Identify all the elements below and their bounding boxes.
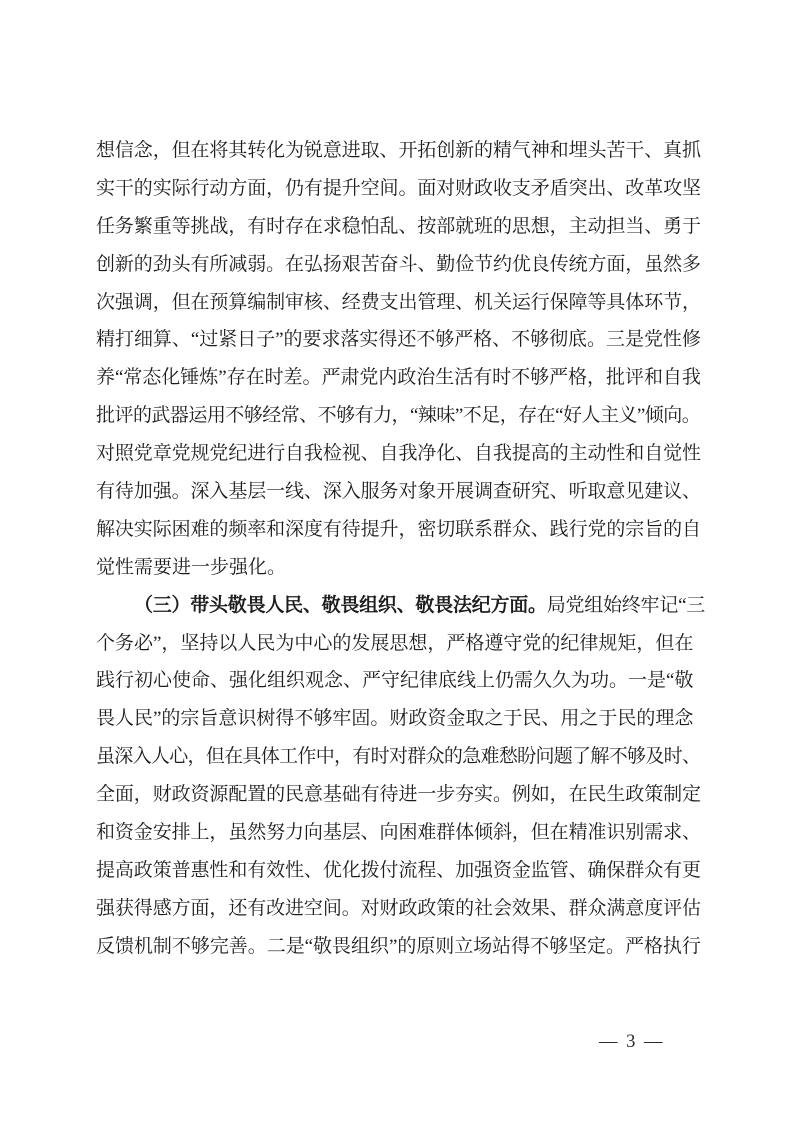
text-line: 对照党章党规党纪进行自我检视、自我净化、自我提高的主动性和自觉性 bbox=[96, 435, 701, 473]
paragraph-section-3: （三）带头敬畏人民、敬畏组织、敬畏法纪方面。局党组始终牢记“三 个务必”，坚持以… bbox=[96, 587, 701, 966]
text-line: 和资金安排上，虽然努力向基层、向困难群体倾斜，但在精准识别需求、 bbox=[96, 814, 701, 852]
text-line: 想信念，但在将其转化为锐意进取、开拓创新的精气神和埋头苦干、真抓 bbox=[96, 132, 701, 170]
text-line: 践行初心使命、强化组织观念、严守纪律底线上仍需久久为功。一是“敬 bbox=[96, 662, 701, 700]
text-line: 次强调，但在预算编制审核、经费支出管理、机关运行保障等具体环节， bbox=[96, 284, 701, 322]
page-number: — 3 — bbox=[599, 1029, 665, 1055]
text-line: （三）带头敬畏人民、敬畏组织、敬畏法纪方面。局党组始终牢记“三 bbox=[96, 587, 701, 625]
text-line: 养“常态化锤炼”存在时差。严肃党内政治生活有时不够严格，批评和自我 bbox=[96, 359, 701, 397]
text-line: 精打细算、“过紧日子”的要求落实得还不够严格、不够彻底。三是党性修 bbox=[96, 321, 701, 359]
text-line: 畏人民”的宗旨意识树得不够牢固。财政资金取之于民、用之于民的理念 bbox=[96, 700, 701, 738]
text-line: 提高政策普惠性和有效性、优化拨付流程、加强资金监管、确保群众有更 bbox=[96, 852, 701, 890]
text-line: 解决实际困难的频率和深度有待提升，密切联系群众、践行党的宗旨的自 bbox=[96, 511, 701, 549]
text-line: 全面，财政资源配置的民意基础有待进一步夯实。例如，在民生政策制定 bbox=[96, 776, 701, 814]
text-line: 创新的劲头有所减弱。在弘扬艰苦奋斗、勤俭节约优良传统方面，虽然多 bbox=[96, 246, 701, 284]
paragraph-continuation: 想信念，但在将其转化为锐意进取、开拓创新的精气神和埋头苦干、真抓 实干的实际行动… bbox=[96, 132, 701, 587]
text-line: 虽深入人心，但在具体工作中，有时对群众的急难愁盼问题了解不够及时、 bbox=[96, 738, 701, 776]
text-line: 个务必”，坚持以人民为中心的发展思想，严格遵守党的纪律规矩，但在 bbox=[96, 625, 701, 663]
section-heading-bold: （三）带头敬畏人民、敬畏组织、敬畏法纪方面。 bbox=[134, 595, 547, 616]
text-line: 强获得感方面，还有改进空间。对财政政策的社会效果、群众满意度评估 bbox=[96, 890, 701, 928]
text-line: 反馈机制不够完善。二是“敬畏组织”的原则立场站得不够坚定。严格执行 bbox=[96, 928, 701, 966]
text-line: 批评的武器运用不够经常、不够有力，“辣味”不足，存在“好人主义”倾向。 bbox=[96, 397, 701, 435]
text-line: 有待加强。深入基层一线、深入服务对象开展调查研究、听取意见建议、 bbox=[96, 473, 701, 511]
text-line: 实干的实际行动方面，仍有提升空间。面对财政收支矛盾突出、改革攻坚 bbox=[96, 170, 701, 208]
text-line: 觉性需要进一步强化。 bbox=[96, 549, 701, 587]
document-text-body: 想信念，但在将其转化为锐意进取、开拓创新的精气神和埋头苦干、真抓 实干的实际行动… bbox=[96, 132, 701, 966]
document-page: 想信念，但在将其转化为锐意进取、开拓创新的精气神和埋头苦干、真抓 实干的实际行动… bbox=[0, 0, 793, 1122]
section-lead-text: 局党组始终牢记“三 bbox=[547, 595, 705, 616]
text-line: 任务繁重等挑战，有时存在求稳怕乱、按部就班的思想，主动担当、勇于 bbox=[96, 208, 701, 246]
